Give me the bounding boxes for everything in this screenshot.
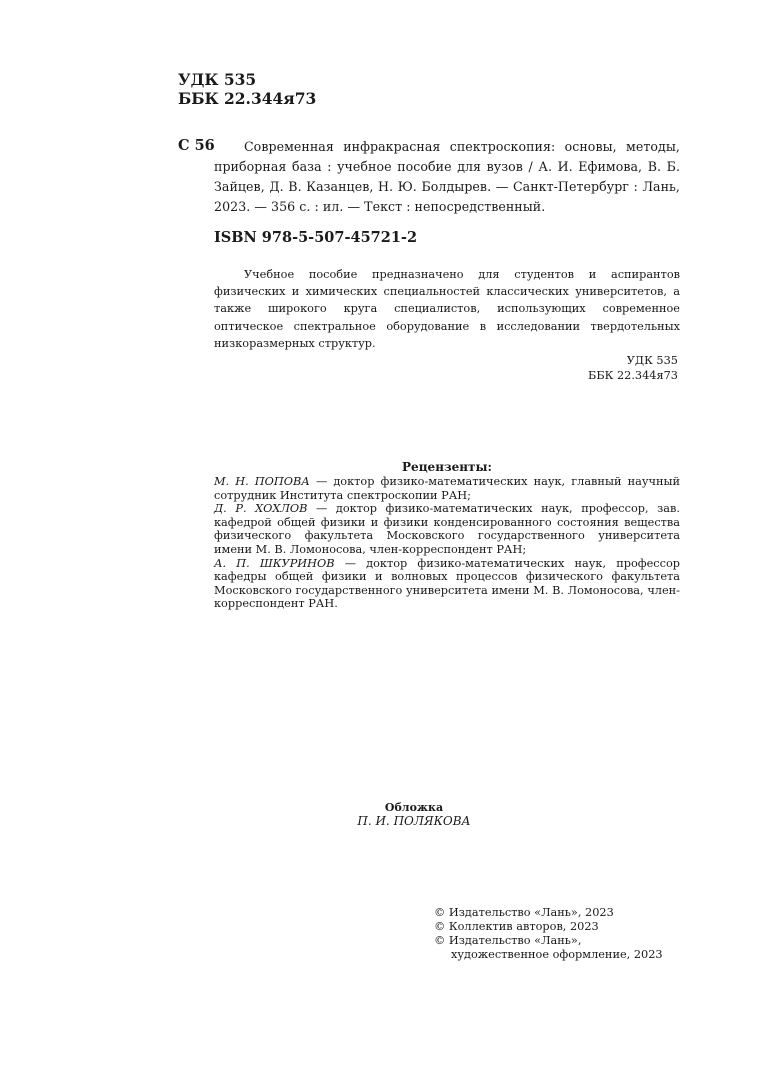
copyright-line: © Издательство «Лань», [434,934,663,948]
cover-designer: П. И. ПОЛЯКОВА [214,814,614,828]
classification-block-top: УДК 535 ББК 22.344я73 [178,70,316,108]
reviewers-list: М. Н. ПОПОВА — доктор физико-математичес… [214,475,680,611]
copyright-line: художественное оформление, 2023 [434,948,663,962]
bbk-code: ББК 22.344я73 [588,368,678,383]
cover-heading: Обложка [214,801,614,814]
copyright-block: © Издательство «Лань», 2023 © Коллектив … [434,906,663,962]
copyright-line: © Издательство «Лань», 2023 [434,906,663,920]
reviewer-entry: М. Н. ПОПОВА — доктор физико-математичес… [214,475,680,502]
reviewer-entry: А. П. ШКУРИНОВ — доктор физико-математич… [214,557,680,611]
bbk-code: ББК 22.344я73 [178,89,316,108]
classification-block-right: УДК 535 ББК 22.344я73 [588,353,678,383]
reviewer-name: М. Н. ПОПОВА [214,475,310,488]
isbn: ISBN 978-5-507-45721-2 [214,229,417,246]
udk-code: УДК 535 [588,353,678,368]
author-mark: С 56 [178,137,215,154]
reviewers-heading: Рецензенты: [214,460,680,474]
reviewer-name: Д. Р. ХОХЛОВ [214,502,307,515]
reviewer-entry: Д. Р. ХОХЛОВ — доктор физико-математичес… [214,502,680,556]
annotation: Учебное пособие предназначено для студен… [214,266,680,352]
udk-code: УДК 535 [178,70,316,89]
copyright-line: © Коллектив авторов, 2023 [434,920,663,934]
bibliographic-record: Современная инфракрасная спектроскопия: … [214,137,680,217]
reviewer-name: А. П. ШКУРИНОВ [214,557,335,570]
